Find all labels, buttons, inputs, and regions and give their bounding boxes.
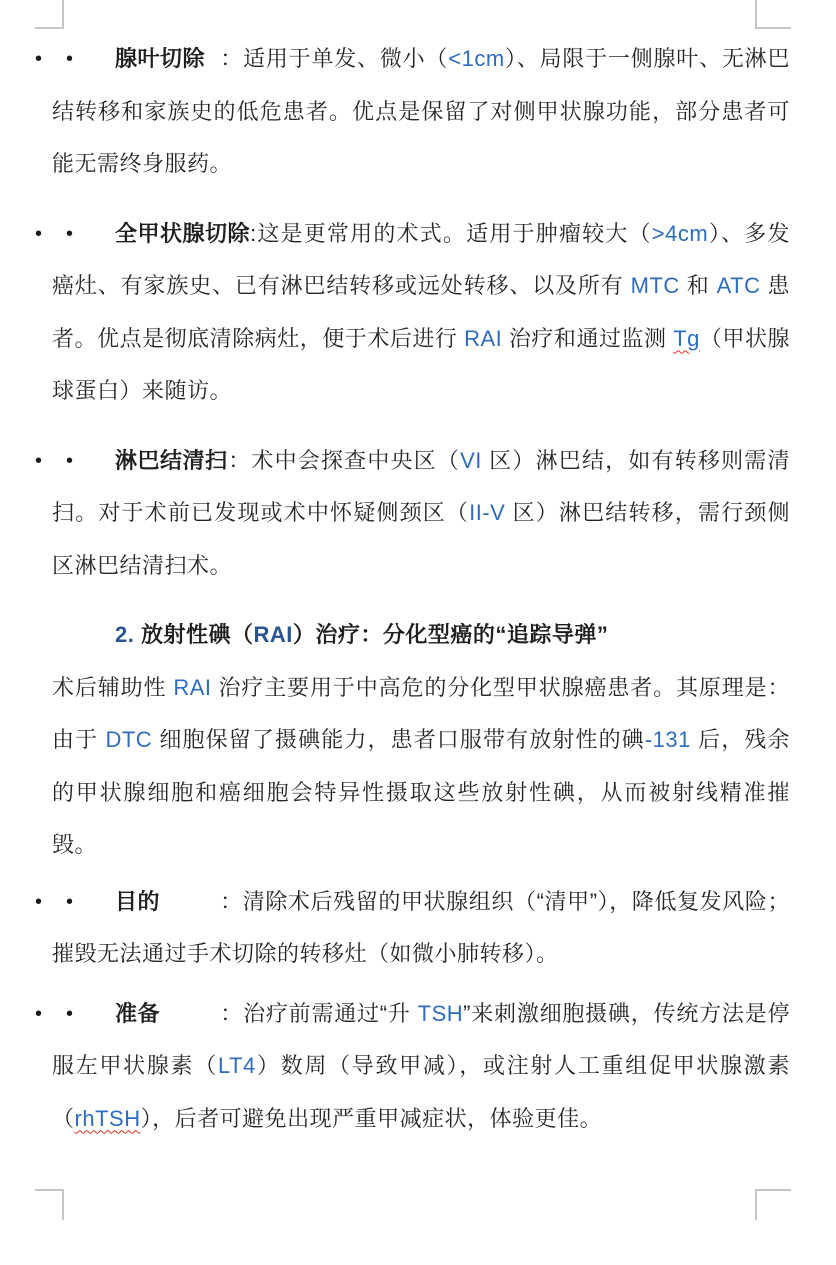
bullet-item-text: 目的：清除术后残留的甲状腺组织（“清甲”），降低复发风险；摧毁无法通过手术切除的… xyxy=(52,876,790,981)
term-label-lymph-node-dissection: 淋巴结清扫 xyxy=(115,435,228,488)
body-text: 细胞保留了摄碘能力，患者口服带有放射性的碘 xyxy=(152,727,645,752)
body-text: 治疗和通过监测 xyxy=(502,326,673,351)
latin-text: RAI xyxy=(173,675,211,700)
latin-text: -131 xyxy=(645,727,691,752)
body-text: 放射性碘（ xyxy=(134,622,253,647)
latin-text: ATC xyxy=(717,273,761,298)
section-heading-rai-treatment: 2. 放射性碘（RAI）治疗：分化型癌的“追踪导弹” xyxy=(52,609,790,662)
bullet-item-text: 准备：治疗前需通过“升 TSH”来刺激细胞摄碘，传统方法是停服左甲状腺素（LT4… xyxy=(52,988,790,1146)
list-sub-bullet-icon: • xyxy=(66,876,74,929)
page-content: • • 腺叶切除：适用于单发、微小（<1cm）、局限于一侧腺叶、无淋巴结转移和家… xyxy=(52,33,790,1145)
list-bullet-icon: • xyxy=(35,876,43,929)
latin-text: TSH xyxy=(418,1001,464,1026)
bullet-item-purpose: • • 目的：清除术后残留的甲状腺组织（“清甲”），降低复发风险；摧毁无法通过手… xyxy=(52,876,790,981)
latin-text: Tg xyxy=(673,326,700,351)
body-text: ），后者可避免出现严重甲减症状，体验更佳。 xyxy=(141,1106,603,1131)
crop-mark-bottom-right-icon xyxy=(755,1189,791,1220)
body-text: 术后辅助性 xyxy=(52,675,173,700)
latin-text: LT4 xyxy=(218,1053,256,1078)
body-text: ：治疗前需通过“升 xyxy=(220,1001,418,1026)
list-sub-bullet-icon: • xyxy=(66,988,74,1041)
latin-text: >4cm xyxy=(652,221,708,246)
list-bullet-icon: • xyxy=(35,33,43,86)
list-bullet-icon: • xyxy=(35,988,43,1041)
latin-text: RAI xyxy=(464,326,502,351)
bullet-item-lobectomy: • • 腺叶切除：适用于单发、微小（<1cm）、局限于一侧腺叶、无淋巴结转移和家… xyxy=(52,33,790,191)
list-sub-bullet-icon: • xyxy=(66,435,74,488)
bullet-item-total-thyroidectomy: • • 全甲状腺切除:这是更常用的术式。适用于肿瘤较大（>4cm）、多发癌灶、有… xyxy=(52,208,790,418)
list-sub-bullet-icon: • xyxy=(66,208,74,261)
term-label-total-thyroidectomy: 全甲状腺切除 xyxy=(115,208,250,261)
heading-text: 2. 放射性碘（RAI）治疗：分化型癌的“追踪导弹” xyxy=(115,622,608,647)
paragraph-text: 术后辅助性 RAI 治疗主要用于中高危的分化型甲状腺癌患者。其原理是：由于 DT… xyxy=(52,675,790,858)
list-sub-bullet-icon: • xyxy=(66,33,74,86)
paragraph-rai-intro: 术后辅助性 RAI 治疗主要用于中高危的分化型甲状腺癌患者。其原理是：由于 DT… xyxy=(52,662,790,872)
latin-text: <1cm xyxy=(448,46,504,71)
latin-text: DTC xyxy=(105,727,152,752)
crop-mark-top-right-icon xyxy=(755,0,791,29)
body-text: :这是更常用的术式。适用于肿瘤较大（ xyxy=(250,221,652,246)
list-bullet-icon: • xyxy=(35,435,43,488)
crop-mark-top-left-icon xyxy=(35,0,64,29)
crop-mark-bottom-left-icon xyxy=(35,1189,64,1220)
latin-text: 2. xyxy=(115,622,134,647)
bullet-item-text: 淋巴结清扫：术中会探查中央区（VI 区）淋巴结，如有转移则需清扫。对于术前已发现… xyxy=(52,435,790,593)
bullet-item-text: 腺叶切除：适用于单发、微小（<1cm）、局限于一侧腺叶、无淋巴结转移和家族史的低… xyxy=(52,33,790,191)
body-text: ：术中会探查中央区（ xyxy=(228,448,461,473)
bullet-item-text: 全甲状腺切除:这是更常用的术式。适用于肿瘤较大（>4cm）、多发癌灶、有家族史、… xyxy=(52,208,790,418)
latin-text: RAI xyxy=(253,622,292,647)
bullet-item-preparation: • • 准备：治疗前需通过“升 TSH”来刺激细胞摄碘，传统方法是停服左甲状腺素… xyxy=(52,988,790,1146)
latin-text: VI xyxy=(460,448,482,473)
list-bullet-icon: • xyxy=(35,208,43,261)
document-page: • • 腺叶切除：适用于单发、微小（<1cm）、局限于一侧腺叶、无淋巴结转移和家… xyxy=(0,0,836,1265)
latin-text: rhTSH xyxy=(75,1106,141,1131)
term-label-preparation: 准备 xyxy=(115,988,220,1041)
term-label-purpose: 目的 xyxy=(115,876,220,929)
term-label-lobectomy: 腺叶切除 xyxy=(115,33,220,86)
body-text: ）治疗：分化型癌的“追踪导弹” xyxy=(293,622,609,647)
latin-text: MTC xyxy=(631,273,680,298)
body-text: ：适用于单发、微小（ xyxy=(220,46,448,71)
latin-text: II-V xyxy=(469,500,505,525)
body-text: 和 xyxy=(680,273,717,298)
bullet-item-lymph-node-dissection: • • 淋巴结清扫：术中会探查中央区（VI 区）淋巴结，如有转移则需清扫。对于术… xyxy=(52,435,790,593)
